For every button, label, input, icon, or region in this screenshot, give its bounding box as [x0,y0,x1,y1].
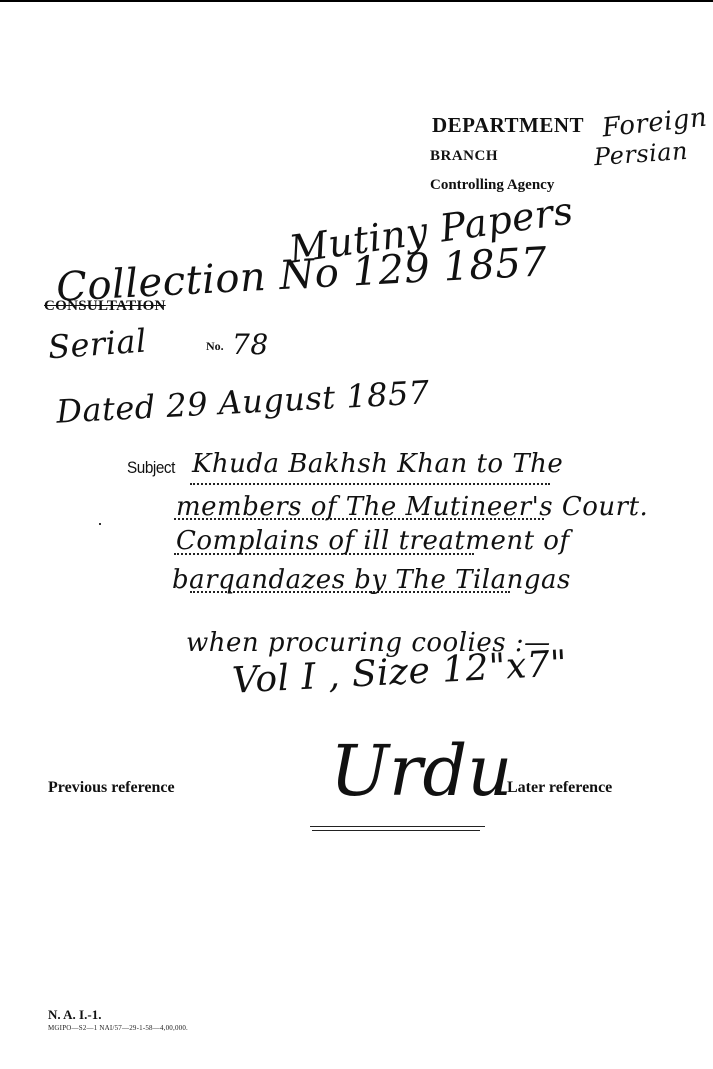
subject-line-2: members of The Mutineer's Court. [176,492,648,522]
print-line: MGIPO—S2—1 NAI/57—29-1-58—4,00,000. [48,1024,188,1032]
serial-no-label: No. [206,339,224,354]
subject-line-3: Complains of ill treatment of [176,526,570,556]
top-border-rule [0,0,713,2]
language-handwritten: Urdu [330,730,512,812]
branch-label: BRANCH [430,148,498,165]
serial-label-handwritten: Serial [47,322,148,367]
branch-value-handwritten: Persian [593,137,689,171]
previous-reference-label: Previous reference [48,779,175,797]
subject-line-4: barqandazes by The Tilangas [172,565,571,595]
subject-dotted-rule [190,483,550,485]
subject-line-1: Khuda Bakhsh Khan to The [192,449,563,479]
department-label: DEPARTMENT [432,113,584,138]
serial-number-handwritten: 78 [232,328,269,361]
form-code: N. A. I.-1. [48,1007,101,1023]
controlling-agency-label: Controlling Agency [430,177,554,194]
date-handwritten: Dated 29 August 1857 [55,373,430,431]
paper-speck [99,523,101,525]
language-underline [312,830,480,831]
subject-label: Subject [127,458,175,478]
consultation-label-struck: CONSULTATION [44,298,166,315]
later-reference-label: Later reference [507,779,612,797]
department-value-handwritten: Foreign [601,103,709,144]
language-underline [310,826,485,827]
